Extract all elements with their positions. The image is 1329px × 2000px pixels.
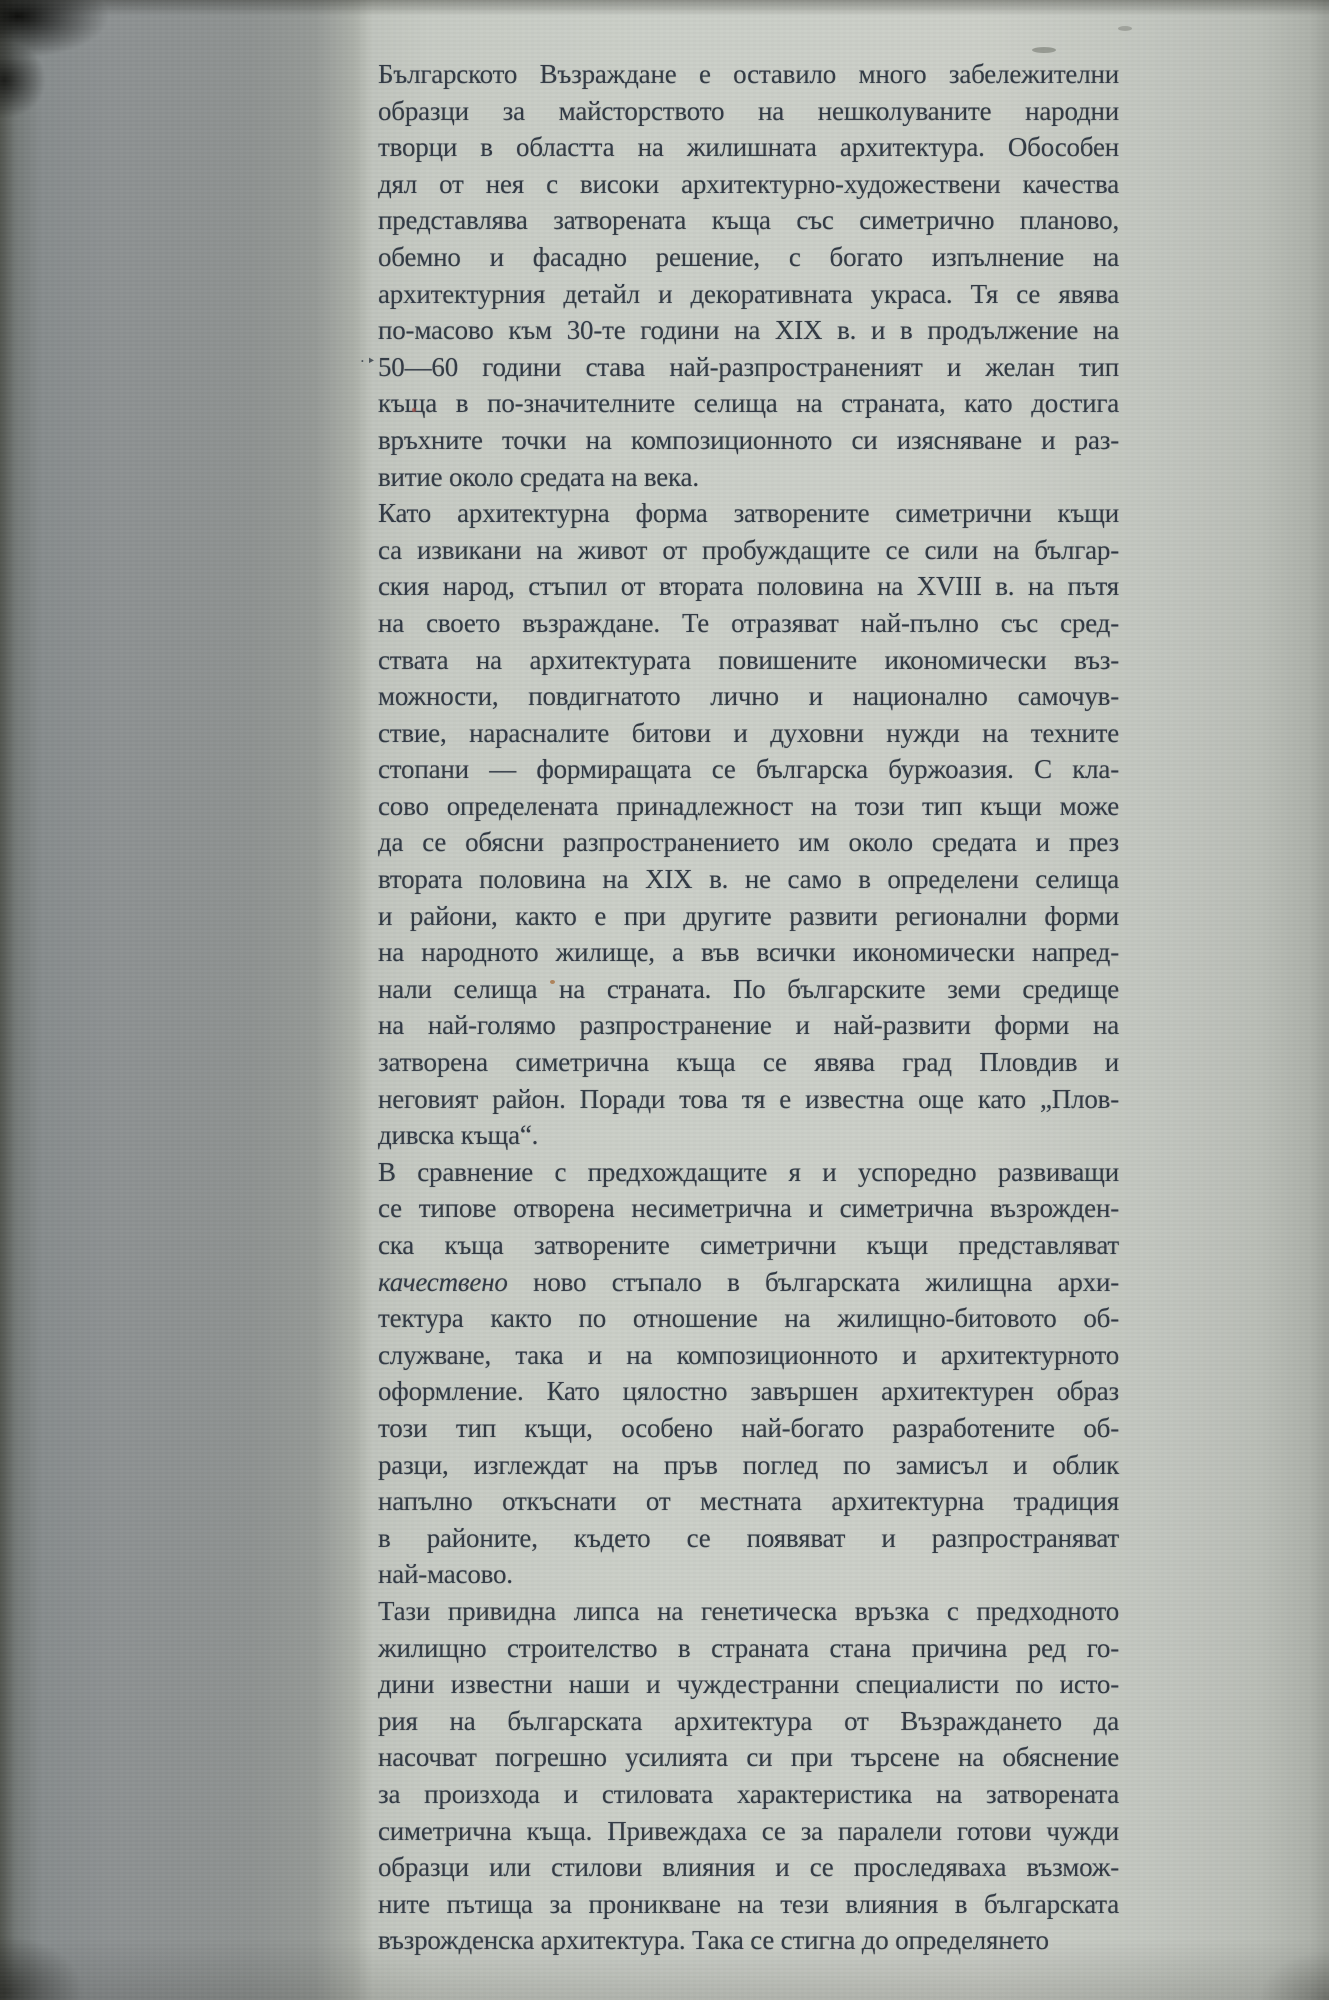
paper-speck xyxy=(550,980,555,984)
text-line: на народното жилище, а във всички иконом… xyxy=(378,934,1119,971)
text-line: творци в областта на жилишната архитекту… xyxy=(378,129,1119,166)
text-line: дивска къща“. xyxy=(378,1117,1119,1154)
text-line: симетрична къща. Привеждаха се за парале… xyxy=(378,1813,1119,1850)
text-line: ните пътища за проникване на тези влияни… xyxy=(378,1886,1119,1923)
text-line: напълно откъснати от местната архитектур… xyxy=(378,1483,1119,1520)
text-line: представлява затворената къща със симетр… xyxy=(378,202,1119,239)
text-line: ска къща затворените симетрични къщи пре… xyxy=(378,1227,1119,1264)
text-line: жилищно строителство в страната стана пр… xyxy=(378,1630,1119,1667)
text-line: обемно и фасадно решение, с богато изпъл… xyxy=(378,239,1119,276)
text-line: Като архитектурна форма затворените симе… xyxy=(378,495,1119,532)
paper-speck xyxy=(1032,47,1056,53)
text-line: рия на българската архитектура от Възраж… xyxy=(378,1703,1119,1740)
text-line: дини известни наши и чуждестранни специа… xyxy=(378,1666,1119,1703)
paper-speck xyxy=(412,408,416,412)
text-line: витие около средата на века. xyxy=(378,459,1119,496)
paragraph: Като архитектурна форма затворените симе… xyxy=(378,495,1119,1154)
text-line: ския народ, стъпил от втората половина н… xyxy=(378,568,1119,605)
text-line: на своето възраждане. Те отразяват най-п… xyxy=(378,605,1119,642)
text-line: 50—60 години става най-разпространеният … xyxy=(378,349,1119,386)
text-line: стопани — формиращата се българска буржо… xyxy=(378,751,1119,788)
text-line: и райони, както е при другите развити ре… xyxy=(378,898,1119,935)
text-line: насочват погрешно усилията си при търсен… xyxy=(378,1739,1119,1776)
page-text: Българското Възраждане е оставило много … xyxy=(378,56,1119,1959)
paper-speck xyxy=(1118,26,1132,31)
text-line: връхните точки на композиционното си изя… xyxy=(378,422,1119,459)
text-line: разци, изглеждат на пръв поглед по замис… xyxy=(378,1447,1119,1484)
text-line: на най-голямо разпространение и най-разв… xyxy=(378,1007,1119,1044)
text-line: по-масово към 30-те години на XIX в. и в… xyxy=(378,312,1119,349)
text-line: качествено ново стъпало в българската жи… xyxy=(378,1264,1119,1301)
text-line: архитектурния детайл и декоративната укр… xyxy=(378,276,1119,313)
text-line: служване, така и на композиционното и ар… xyxy=(378,1337,1119,1374)
paragraph: Българското Възраждане е оставило много … xyxy=(378,56,1119,495)
text-line: можности, повдигнатото лично и националн… xyxy=(378,678,1119,715)
margin-mark: ·‣ xyxy=(360,352,378,370)
text-line: Тази привидна липса на генетическа връзк… xyxy=(378,1593,1119,1630)
text-line: да се обясни разпространението им около … xyxy=(378,824,1119,861)
text-line: оформление. Като цялостно завършен архит… xyxy=(378,1373,1119,1410)
text-line: ствата на архитектурата повишените иконо… xyxy=(378,642,1119,679)
text-line: нали селища на страната. По българските … xyxy=(378,971,1119,1008)
text-line: са извикани на живот от пробуждащите се … xyxy=(378,532,1119,569)
text-line: В сравнение с предхождащите я и успоредн… xyxy=(378,1154,1119,1191)
text-line: образци или стилови влияния и се прослед… xyxy=(378,1849,1119,1886)
text-line: за произхода и стиловата характеристика … xyxy=(378,1776,1119,1813)
paragraph: Тази привидна липса на генетическа връзк… xyxy=(378,1593,1119,1959)
text-line: в районите, където се появяват и разпрос… xyxy=(378,1520,1119,1557)
text-line: къща в по-значителните селища на странат… xyxy=(378,385,1119,422)
text-line: ствие, нарасналите битови и духовни нужд… xyxy=(378,715,1119,752)
text-line: възрожденска архитектура. Така се стигна… xyxy=(378,1922,1119,1959)
text-line: най-масово. xyxy=(378,1556,1119,1593)
text-line: втората половина на XIX в. не само в опр… xyxy=(378,861,1119,898)
paragraph: В сравнение с предхождащите я и успоредн… xyxy=(378,1154,1119,1593)
text-line: Българското Възраждане е оставило много … xyxy=(378,56,1119,93)
text-line: затворена симетрична къща се явява град … xyxy=(378,1044,1119,1081)
text-line: неговият район. Поради това тя е известн… xyxy=(378,1081,1119,1118)
text-line: дял от нея с високи архитектурно-художес… xyxy=(378,166,1119,203)
scanned-page: ·‣ Българското Възраждане е оставило мно… xyxy=(0,0,1329,2000)
text-line: сово определената принадлежност на този … xyxy=(378,788,1119,825)
text-line: този тип къщи, особено най-богато разраб… xyxy=(378,1410,1119,1447)
text-line: тектура както по отношение на жилищно-би… xyxy=(378,1300,1119,1337)
text-line: се типове отворена несиметрична и симетр… xyxy=(378,1190,1119,1227)
text-line: образци за майсторството на нешколуванит… xyxy=(378,93,1119,130)
